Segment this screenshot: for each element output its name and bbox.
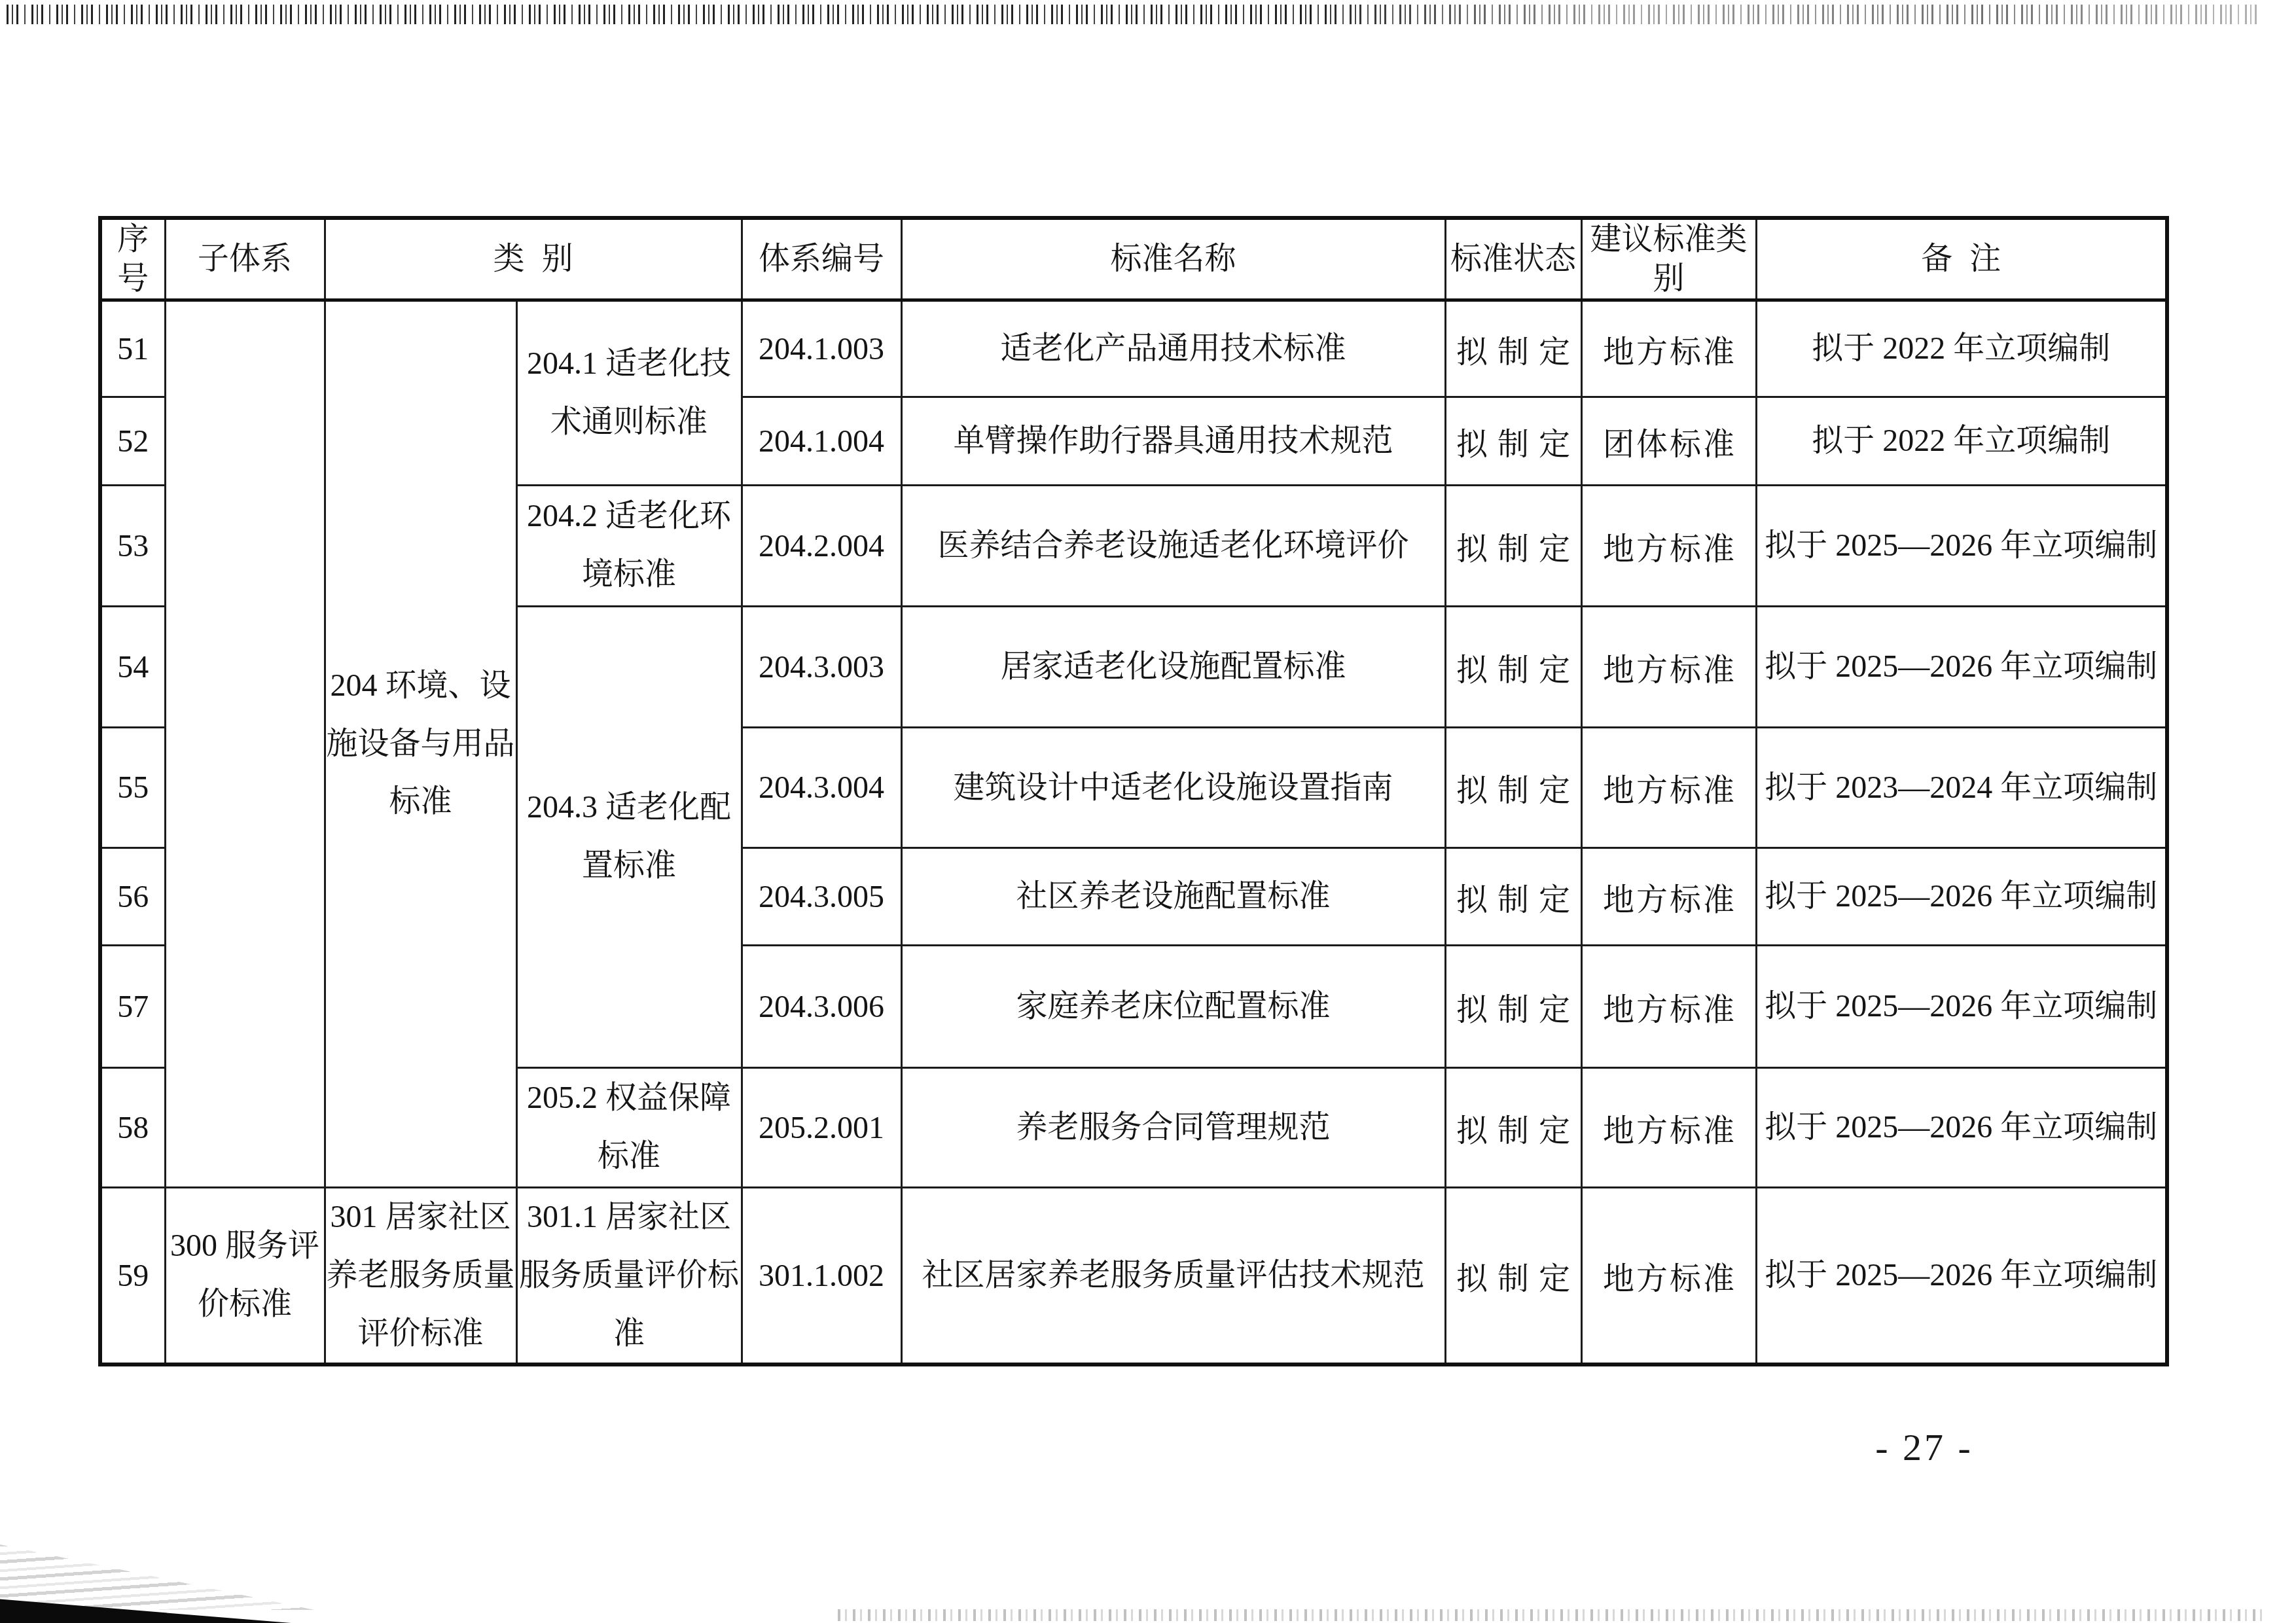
cell-category-sub: 205.2 权益保障标准 (516, 1068, 742, 1188)
cell-no: 52 (100, 397, 165, 486)
cell-type: 地方标准 (1581, 1188, 1756, 1365)
cell-code: 204.1.003 (742, 300, 901, 397)
header-remark: 备注 (1756, 218, 2167, 300)
cell-remark: 拟于 2025—2026 年立项编制 (1756, 848, 2167, 946)
cell-remark: 拟于 2025—2026 年立项编制 (1756, 607, 2167, 728)
scan-streaks-bottom-left (0, 1544, 314, 1610)
cell-type: 团体标准 (1581, 397, 1756, 486)
header-status: 标准状态 (1445, 218, 1581, 300)
cell-type: 地方标准 (1581, 300, 1756, 397)
cell-no: 59 (100, 1188, 165, 1365)
cell-code: 204.3.006 (742, 946, 901, 1068)
header-name: 标准名称 (901, 218, 1445, 300)
header-row: 序号 子体系 类别 体系编号 标准名称 标准状态 建议标准类别 备注 (100, 218, 2167, 300)
cell-name: 居家适老化设施配置标准 (901, 607, 1445, 728)
cell-name: 家庭养老床位配置标准 (901, 946, 1445, 1068)
cell-remark: 拟于 2025—2026 年立项编制 (1756, 1188, 2167, 1365)
standards-table: 序号 子体系 类别 体系编号 标准名称 标准状态 建议标准类别 备注 51 20… (98, 216, 2169, 1366)
cell-status: 拟制定 (1445, 607, 1581, 728)
cell-type: 地方标准 (1581, 486, 1756, 607)
table-row: 51 204 环境、设施设备与用品标准 204.1 适老化技术通则标准 204.… (100, 300, 2167, 397)
cell-subsystem-merged (165, 300, 325, 1188)
cell-category-sub: 204.2 适老化环境标准 (516, 486, 742, 607)
cell-remark: 拟于 2022 年立项编制 (1756, 397, 2167, 486)
header-subsystem: 子体系 (165, 218, 325, 300)
scan-noise-top (7, 5, 2258, 24)
cell-remark: 拟于 2025—2026 年立项编制 (1756, 946, 2167, 1068)
cell-type: 地方标准 (1581, 728, 1756, 848)
cell-no: 51 (100, 300, 165, 397)
cell-code: 204.3.005 (742, 848, 901, 946)
cell-status: 拟制定 (1445, 300, 1581, 397)
cell-name: 养老服务合同管理规范 (901, 1068, 1445, 1188)
header-suggested-type: 建议标准类别 (1581, 218, 1756, 300)
cell-category-sub: 301.1 居家社区服务质量评价标准 (516, 1188, 742, 1365)
cell-no: 56 (100, 848, 165, 946)
cell-no: 55 (100, 728, 165, 848)
cell-subsystem: 300 服务评价标准 (165, 1188, 325, 1365)
cell-name: 社区居家养老服务质量评估技术规范 (901, 1188, 1445, 1365)
header-code: 体系编号 (742, 218, 901, 300)
cell-remark: 拟于 2025—2026 年立项编制 (1756, 1068, 2167, 1188)
header-no: 序号 (100, 218, 165, 300)
table-row: 59 300 服务评价标准 301 居家社区养老服务质量评价标准 301.1 居… (100, 1188, 2167, 1365)
cell-status: 拟制定 (1445, 1188, 1581, 1365)
cell-code: 204.3.003 (742, 607, 901, 728)
scan-noise-bottom (838, 1609, 2265, 1621)
cell-code: 204.1.004 (742, 397, 901, 486)
cell-name: 单臂操作助行器具通用技术规范 (901, 397, 1445, 486)
cell-status: 拟制定 (1445, 1068, 1581, 1188)
cell-no: 54 (100, 607, 165, 728)
cell-status: 拟制定 (1445, 397, 1581, 486)
cell-remark: 拟于 2025—2026 年立项编制 (1756, 486, 2167, 607)
cell-name: 适老化产品通用技术标准 (901, 300, 1445, 397)
cell-type: 地方标准 (1581, 1068, 1756, 1188)
cell-name: 建筑设计中适老化设施设置指南 (901, 728, 1445, 848)
cell-category-sub-merged: 204.1 适老化技术通则标准 (516, 300, 742, 486)
header-category: 类别 (325, 218, 742, 300)
cell-code: 204.3.004 (742, 728, 901, 848)
cell-code: 204.2.004 (742, 486, 901, 607)
cell-status: 拟制定 (1445, 848, 1581, 946)
scanned-document-page: 序号 子体系 类别 体系编号 标准名称 标准状态 建议标准类别 备注 51 20… (0, 0, 2296, 1623)
cell-code: 301.1.002 (742, 1188, 901, 1365)
cell-type: 地方标准 (1581, 607, 1756, 728)
cell-code: 205.2.001 (742, 1068, 901, 1188)
cell-category-sub-merged: 204.3 适老化配置标准 (516, 607, 742, 1068)
cell-no: 58 (100, 1068, 165, 1188)
cell-remark: 拟于 2023—2024 年立项编制 (1756, 728, 2167, 848)
page-number: - 27 - (1846, 1425, 2003, 1469)
cell-remark: 拟于 2022 年立项编制 (1756, 300, 2167, 397)
cell-type: 地方标准 (1581, 848, 1756, 946)
cell-type: 地方标准 (1581, 946, 1756, 1068)
cell-category-main-merged: 204 环境、设施设备与用品标准 (325, 300, 516, 1188)
cell-no: 53 (100, 486, 165, 607)
cell-name: 医养结合养老设施适老化环境评价 (901, 486, 1445, 607)
cell-status: 拟制定 (1445, 486, 1581, 607)
cell-status: 拟制定 (1445, 728, 1581, 848)
cell-no: 57 (100, 946, 165, 1068)
cell-name: 社区养老设施配置标准 (901, 848, 1445, 946)
cell-category-main: 301 居家社区养老服务质量评价标准 (325, 1188, 516, 1365)
cell-status: 拟制定 (1445, 946, 1581, 1068)
